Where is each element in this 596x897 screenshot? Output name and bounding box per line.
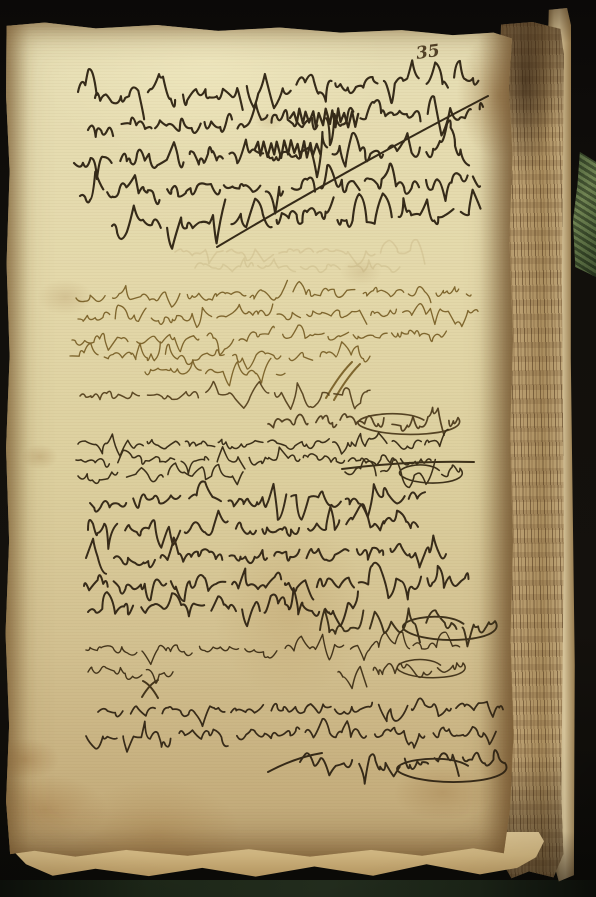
green-binding-cord	[573, 152, 596, 277]
manuscript-photo: 35	[0, 0, 596, 897]
table-surface	[0, 880, 596, 897]
manuscript-page	[4, 20, 514, 860]
